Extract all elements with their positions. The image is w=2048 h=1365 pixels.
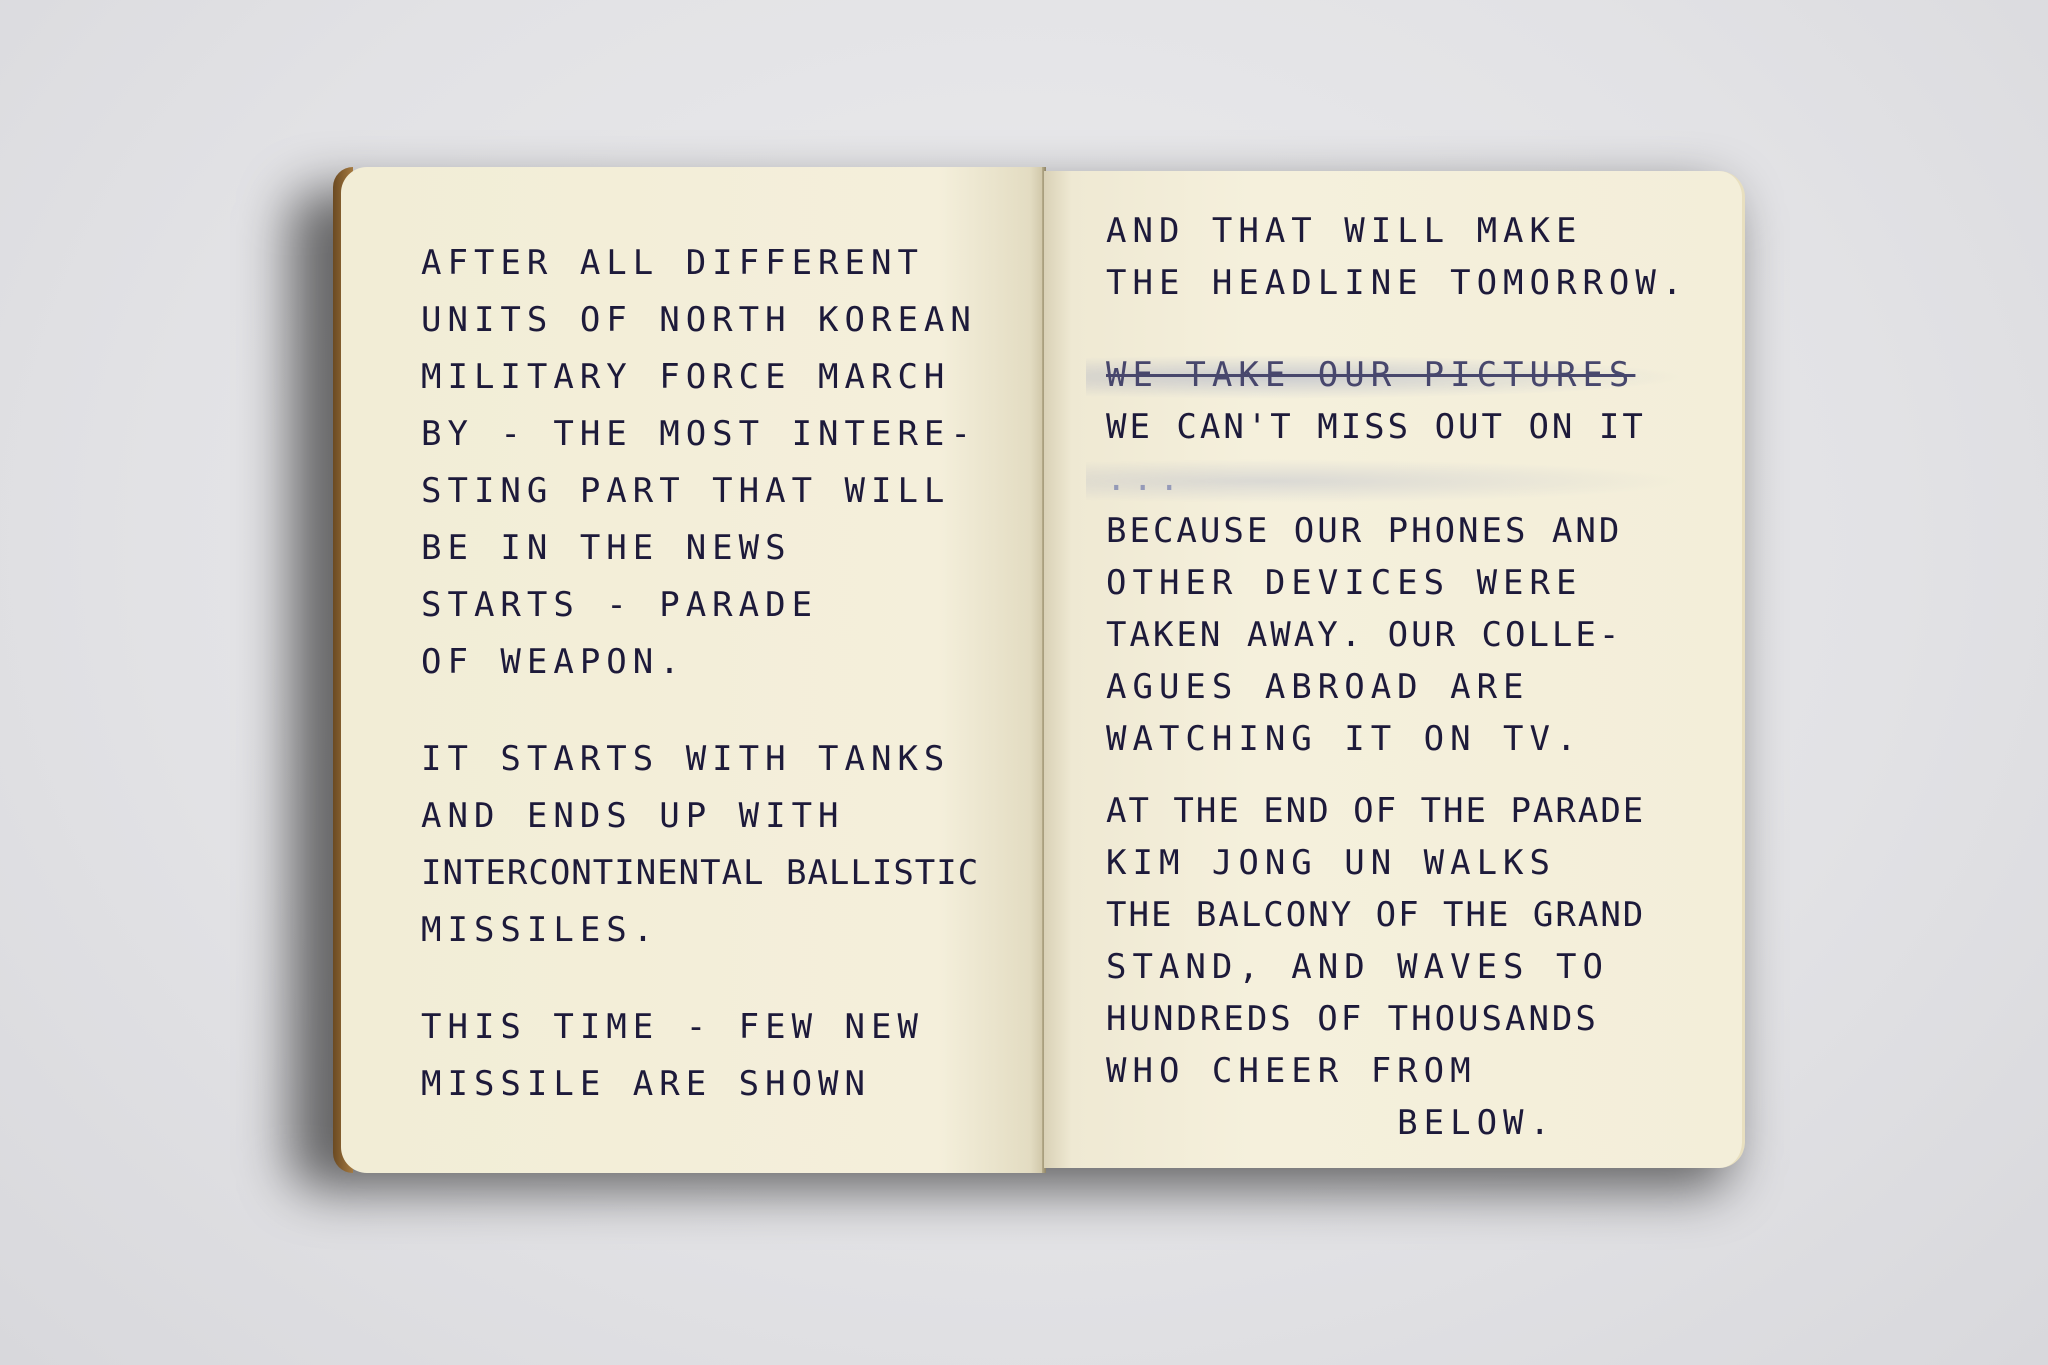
blank-line: [421, 691, 979, 731]
handwritten-line: WE CAN'T MISS OUT ON IT: [1106, 401, 1688, 453]
handwritten-line: IT STARTS WITH TANKS: [421, 731, 979, 788]
handwritten-line: TAKEN AWAY. OUR COLLE-: [1106, 609, 1688, 661]
handwritten-line: AND ENDS UP WITH: [421, 788, 979, 845]
handwritten-line: AFTER ALL DIFFERENT: [421, 235, 979, 292]
handwritten-line: THE BALCONY OF THE GRAND: [1106, 889, 1688, 941]
handwritten-line: HUNDREDS OF THOUSANDS: [1106, 993, 1688, 1045]
handwritten-line: WATCHING IT ON TV.: [1106, 713, 1688, 765]
handwritten-line: BY - THE MOST INTERE-: [421, 406, 979, 463]
struck-through-line: WE TAKE OUR PICTURES: [1106, 349, 1688, 401]
handwritten-line: BE IN THE NEWS: [421, 520, 979, 577]
handwritten-line: STARTS - PARADE: [421, 577, 979, 634]
right-page: AND THAT WILL MAKE THE HEADLINE TOMORROW…: [1044, 171, 1745, 1168]
illegible-scribble: ...: [1106, 453, 1688, 505]
handwritten-line: KIM JONG UN WALKS: [1106, 837, 1688, 889]
handwritten-line: STING PART THAT WILL: [421, 463, 979, 520]
handwritten-line: THIS TIME - FEW NEW: [421, 999, 979, 1056]
left-page: AFTER ALL DIFFERENT UNITS OF NORTH KOREA…: [341, 167, 1044, 1173]
handwritten-line: INTERCONTINENTAL BALLISTIC: [421, 845, 979, 902]
handwritten-line: AND THAT WILL MAKE: [1106, 205, 1688, 257]
handwritten-line: UNITS OF NORTH KOREAN: [421, 292, 979, 349]
handwritten-line: MISSILE ARE SHOWN: [421, 1056, 979, 1113]
left-page-handwriting: AFTER ALL DIFFERENT UNITS OF NORTH KOREA…: [421, 235, 979, 1113]
handwritten-line: AGUES ABROAD ARE: [1106, 661, 1688, 713]
handwritten-line: OTHER DEVICES WERE: [1106, 557, 1688, 609]
handwritten-line: BELOW.: [1106, 1097, 1688, 1149]
right-page-handwriting: AND THAT WILL MAKE THE HEADLINE TOMORROW…: [1106, 205, 1688, 1149]
handwritten-line: THE HEADLINE TOMORROW.: [1106, 257, 1688, 309]
handwritten-line: AT THE END OF THE PARADE: [1106, 785, 1688, 837]
blank-line: [1106, 309, 1688, 349]
handwritten-line: WHO CHEER FROM: [1106, 1045, 1688, 1097]
handwritten-line: MISSILES.: [421, 902, 979, 959]
handwritten-line: STAND, AND WAVES TO: [1106, 941, 1688, 993]
handwritten-line: BECAUSE OUR PHONES AND: [1106, 505, 1688, 557]
handwritten-line: OF WEAPON.: [421, 634, 979, 691]
blank-line: [421, 959, 979, 999]
handwritten-line: MILITARY FORCE MARCH: [421, 349, 979, 406]
open-notebook: AFTER ALL DIFFERENT UNITS OF NORTH KOREA…: [333, 167, 1745, 1173]
blank-line: [1106, 765, 1688, 785]
